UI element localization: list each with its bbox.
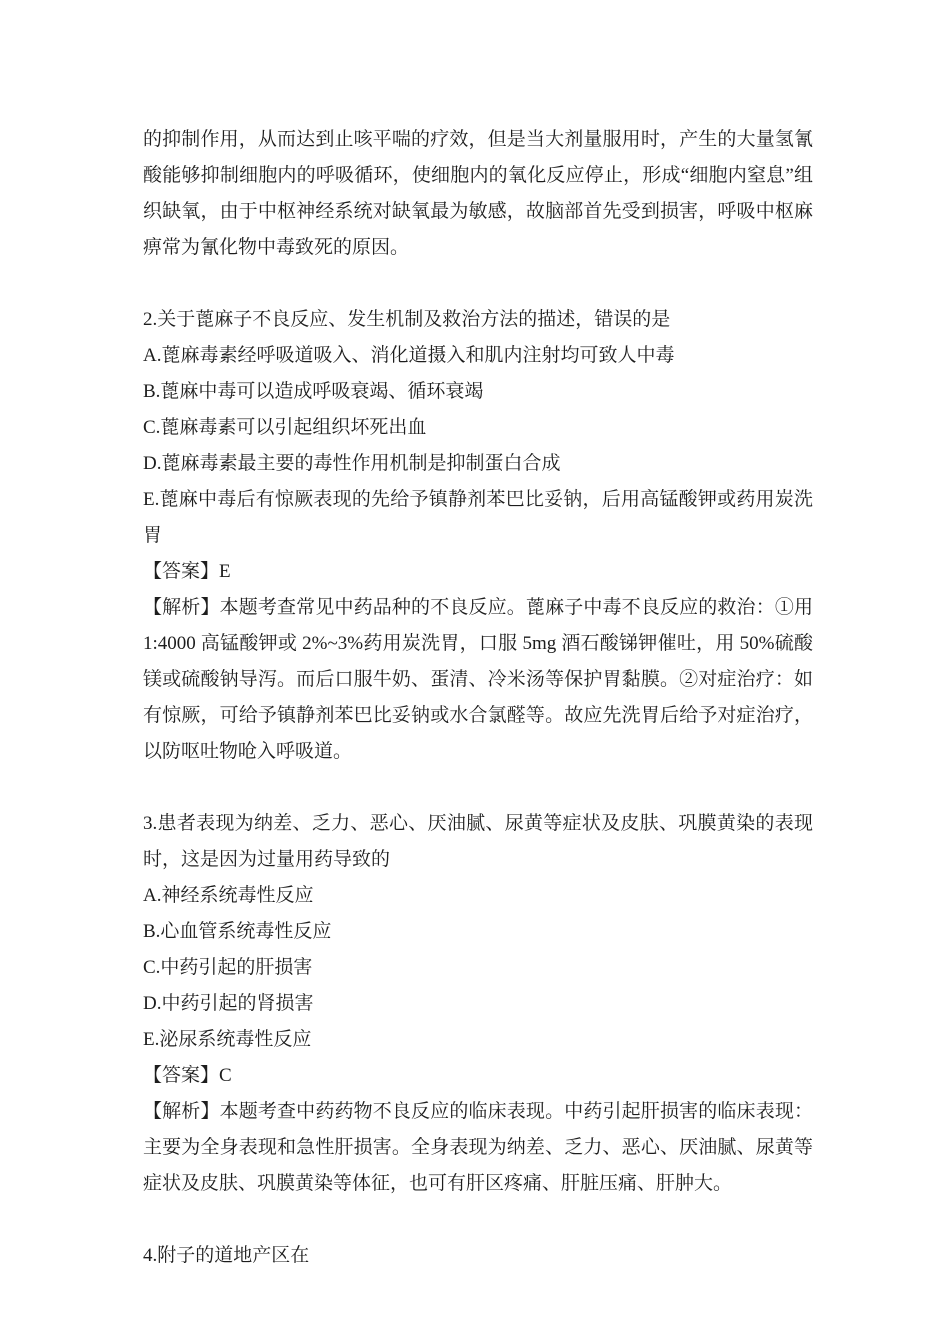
question-3-option-e: E.泌尿系统毒性反应 — [143, 1022, 813, 1058]
question-2-option-a: A.蓖麻毒素经呼吸道吸入、消化道摄入和肌内注射均可致人中毒 — [143, 338, 813, 374]
question-block-2: 2.关于蓖麻子不良反应、发生机制及救治方法的描述，错误的是 A.蓖麻毒素经呼吸道… — [143, 302, 813, 770]
question-2-answer-line: 【答案】E — [143, 554, 813, 590]
question-2-option-d: D.蓖麻毒素最主要的毒性作用机制是抑制蛋白合成 — [143, 446, 813, 482]
question-2-option-c: C.蓖麻毒素可以引起组织坏死出血 — [143, 410, 813, 446]
question-2-option-e: E.蓖麻中毒后有惊厥表现的先给予镇静剂苯巴比妥钠，后用高锰酸钾或药用炭洗胃 — [143, 482, 813, 554]
question-3-option-b: B.心血管系统毒性反应 — [143, 914, 813, 950]
document-page: 的抑制作用，从而达到止咳平喘的疗效，但是当大剂量服用时，产生的大量氢氰酸能够抑制… — [0, 0, 950, 1344]
question-4-stem: 4.附子的道地产区在 — [143, 1238, 813, 1274]
question-3-option-c: C.中药引起的肝损害 — [143, 950, 813, 986]
question-3-option-a: A.神经系统毒性反应 — [143, 878, 813, 914]
continuation-paragraph: 的抑制作用，从而达到止咳平喘的疗效，但是当大剂量服用时，产生的大量氢氰酸能够抑制… — [143, 122, 813, 266]
question-block-3: 3.患者表现为纳差、乏力、恶心、厌油腻、尿黄等症状及皮肤、巩膜黄染的表现时，这是… — [143, 806, 813, 1202]
question-block-4: 4.附子的道地产区在 — [143, 1238, 813, 1274]
question-3-stem: 3.患者表现为纳差、乏力、恶心、厌油腻、尿黄等症状及皮肤、巩膜黄染的表现时，这是… — [143, 806, 813, 878]
question-2-stem: 2.关于蓖麻子不良反应、发生机制及救治方法的描述，错误的是 — [143, 302, 813, 338]
question-2-analysis-paragraph: 【解析】本题考查常见中药品种的不良反应。蓖麻子中毒不良反应的救治：①用 1:40… — [143, 590, 813, 770]
question-3-analysis-paragraph: 【解析】本题考查中药药物不良反应的临床表现。中药引起肝损害的临床表现：主要为全身… — [143, 1094, 813, 1202]
question-3-option-d: D.中药引起的肾损害 — [143, 986, 813, 1022]
question-2-option-b: B.蓖麻中毒可以造成呼吸衰竭、循环衰竭 — [143, 374, 813, 410]
question-3-answer-line: 【答案】C — [143, 1058, 813, 1094]
